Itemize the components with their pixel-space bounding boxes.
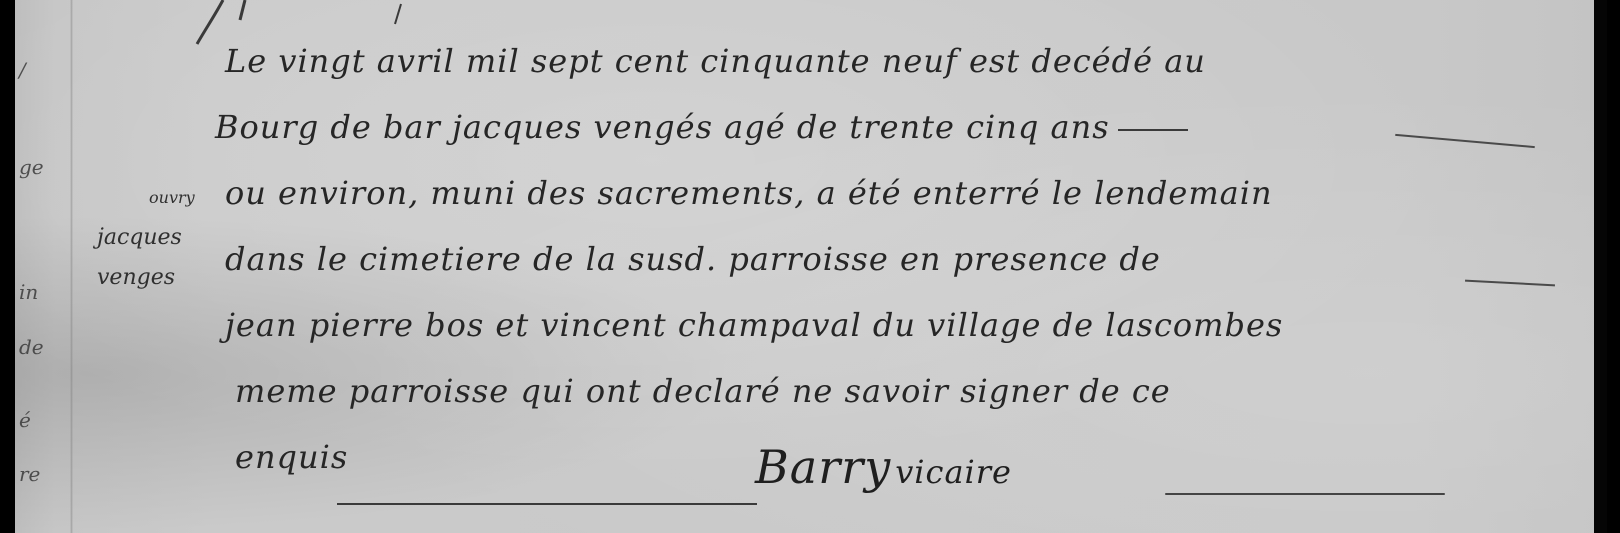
signature-name: Barry	[755, 440, 891, 494]
scanned-page: / ge in de é re ouvry jacques venges Le …	[15, 0, 1607, 533]
record-line-4: dans le cimetiere de la susd. parroisse …	[215, 226, 1585, 292]
signature-role: vicaire	[895, 453, 1012, 491]
previous-page-margin: / ge in de é re	[15, 0, 70, 533]
record-line-1: Le vingt avril mil sept cent cinquante n…	[215, 28, 1585, 94]
record-line-2: Bourg de bar jacques vengés agé de trent…	[215, 94, 1585, 160]
margin-fragment: ge	[19, 155, 44, 179]
record-line-3: ou environ, muni des sacrements, a été e…	[215, 160, 1585, 226]
signature: Barryvicaire	[755, 440, 1012, 494]
margin-fragment: de	[19, 335, 44, 359]
line-filler-stroke	[1118, 129, 1188, 131]
record-line-5: jean pierre bos et vincent champaval du …	[215, 292, 1585, 358]
closing-rule	[337, 503, 757, 505]
margin-fragment: re	[19, 462, 40, 486]
margin-fragment: /	[19, 58, 26, 82]
page-fold-line	[70, 0, 73, 533]
margin-fragment: in	[19, 280, 38, 304]
burial-record-text: Le vingt avril mil sept cent cinquante n…	[215, 28, 1585, 490]
signature-flourish	[1165, 493, 1445, 495]
margin-fragment: é	[19, 408, 31, 432]
record-line-6: meme parroisse qui ont declaré ne savoir…	[215, 358, 1585, 424]
scan-border-right	[1594, 0, 1607, 533]
